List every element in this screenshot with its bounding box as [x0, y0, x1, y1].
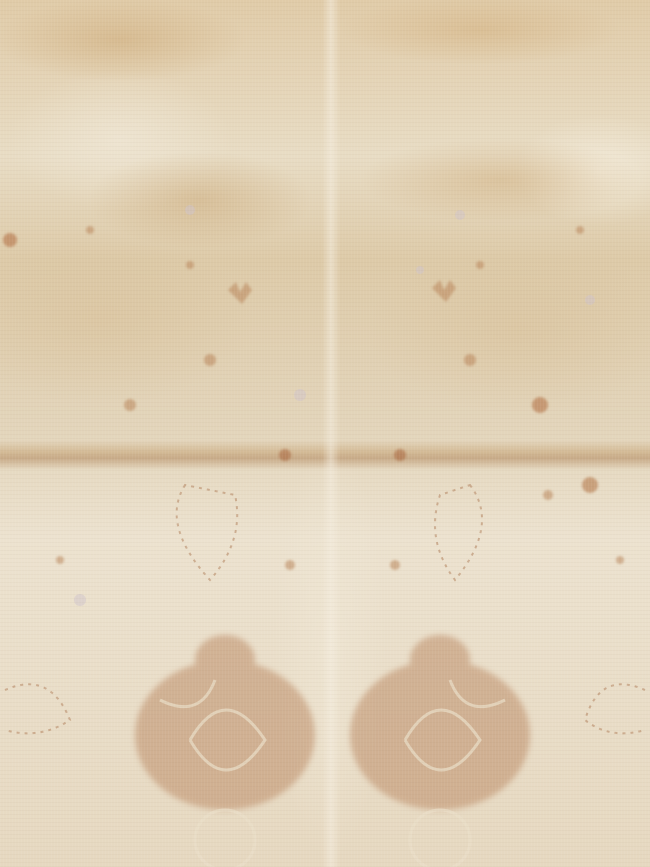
rug-photo — [0, 0, 650, 867]
pile-texture — [0, 0, 650, 867]
